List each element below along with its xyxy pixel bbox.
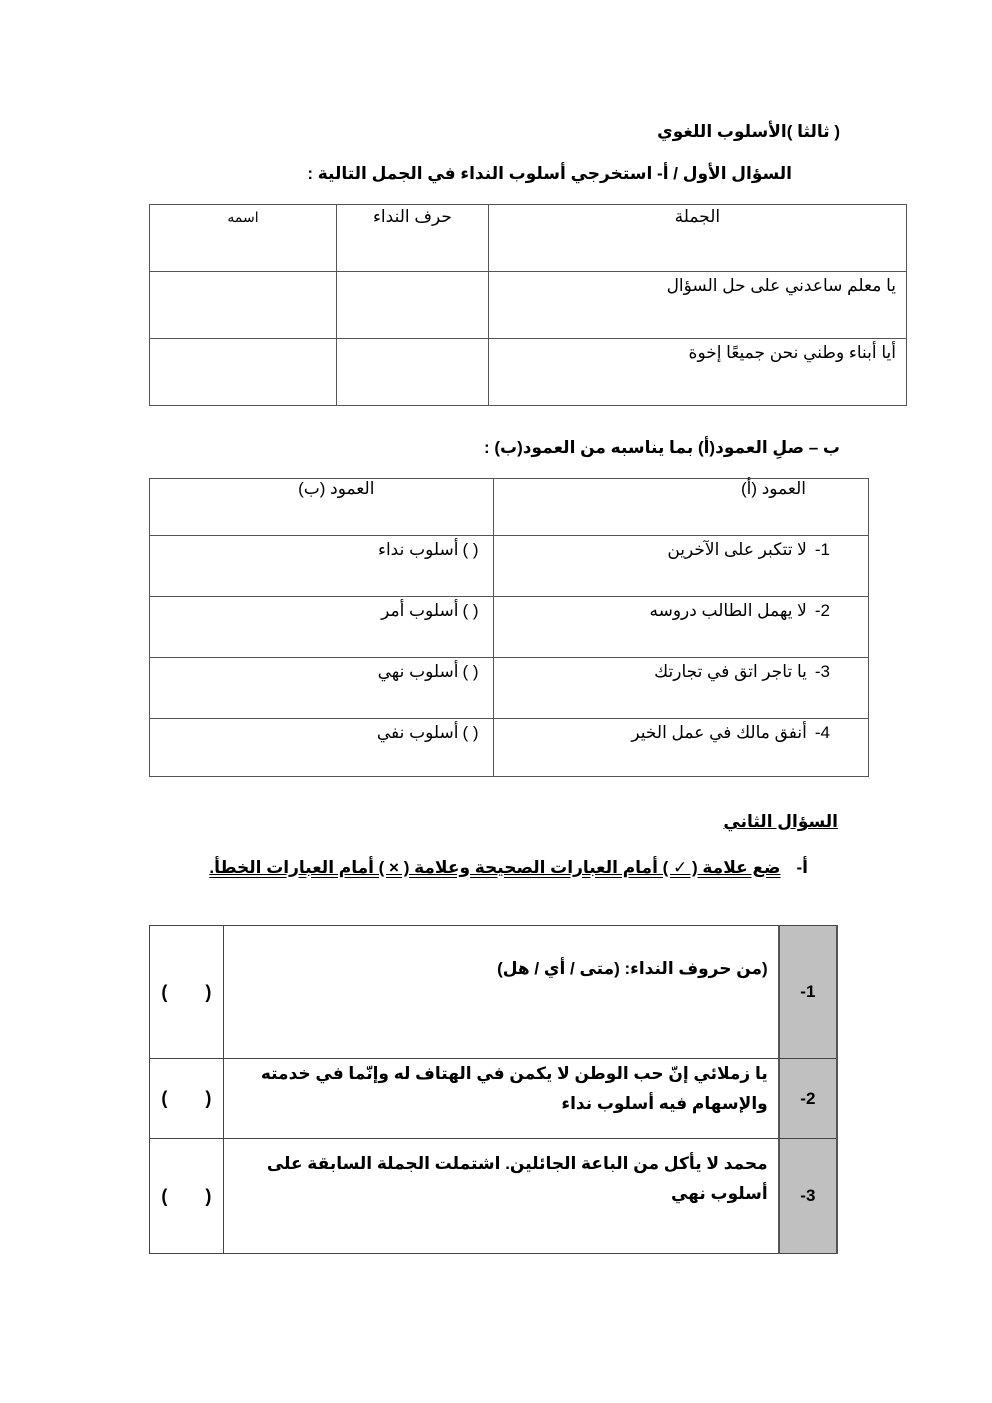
table-row: 3-يا تاجر اتق في تجارتك ( )أسلوب نهي (150, 658, 869, 719)
item-number: 4- (815, 723, 830, 742)
close-paren: ) (161, 1088, 167, 1108)
close-paren: ) (161, 982, 167, 1002)
question2-title: السؤال الثاني (723, 812, 838, 832)
sentence-cell: أيا أبناء وطني نحن جميعًا إخوة (488, 339, 906, 406)
header-column-b: العمود (ب) (150, 479, 494, 536)
true-false-table: 1- (من حروف النداء: (متى / أي / هل) () 2… (149, 925, 838, 1254)
item-number: 3- (815, 662, 830, 681)
matching-question-title: ب – صلِ العمود(أ) بما يناسبه من العمود(ب… (484, 438, 840, 458)
row-number: 3- (779, 1139, 837, 1254)
table-row: 1-لا تتكبر على الآخرين ( )أسلوب نداء (150, 536, 869, 597)
column-a-item: 3-يا تاجر اتق في تجارتك (493, 658, 869, 719)
table-header-row: الجملة حرف النداء اسمه (150, 205, 907, 272)
instruction-text: ضع علامة ( ✓ ) أمام العبارات الصحيحة وعل… (209, 858, 780, 877)
item-number: 1- (815, 540, 830, 559)
matching-table: العمود (أ) العمود (ب) 1-لا تتكبر على الآ… (149, 478, 869, 777)
item-number: 2- (815, 601, 830, 620)
item-text: أسلوب أمر (381, 601, 458, 620)
item-text: لا تتكبر على الآخرين (667, 540, 807, 559)
statement-text: محمد لا يأكل من الباعة الجائلين. اشتملت … (223, 1139, 778, 1254)
answer-slot[interactable]: ( ) (462, 540, 478, 560)
table-header-row: العمود (أ) العمود (ب) (150, 479, 869, 536)
header-name: اسمه (150, 205, 337, 272)
item-text: أنفق مالك في عمل الخير (631, 723, 806, 742)
column-a-item: 2-لا يهمل الطالب دروسه (493, 597, 869, 658)
question2-instruction: أ-ضع علامة ( ✓ ) أمام العبارات الصحيحة و… (209, 858, 808, 878)
table-row: 3- محمد لا يأكل من الباعة الجائلين. اشتم… (150, 1139, 838, 1254)
table-row: 1- (من حروف النداء: (متى / أي / هل) () (150, 926, 838, 1059)
column-b-item: ( )أسلوب أمر (150, 597, 494, 658)
item-text: أسلوب نداء (378, 540, 458, 559)
item-text: يا تاجر اتق في تجارتك (654, 662, 807, 681)
question1-title: السؤال الأول / أ- استخرجي أسلوب النداء ف… (307, 164, 792, 184)
vocative-extraction-table: الجملة حرف النداء اسمه يا معلم ساعدني عل… (149, 204, 907, 406)
sentence-cell: يا معلم ساعدني على حل السؤال (488, 272, 906, 339)
table-row: يا معلم ساعدني على حل السؤال (150, 272, 907, 339)
instruction-label: أ- (797, 858, 809, 877)
answer-slot[interactable]: ( ) (462, 601, 478, 621)
statement-text: يا زملائي إنّ حب الوطن لا يكمن في الهتاف… (223, 1059, 778, 1139)
close-paren: ) (161, 1186, 167, 1206)
table-row: 4-أنفق مالك في عمل الخير ( )أسلوب نفي (150, 719, 869, 777)
header-sentence: الجملة (488, 205, 906, 272)
header-vocative-letter: حرف النداء (337, 205, 489, 272)
open-paren: ( (205, 982, 211, 1002)
name-answer-cell[interactable] (150, 272, 337, 339)
header-column-a: العمود (أ) (493, 479, 869, 536)
section-title: ( ثالثا )الأسلوب اللغوي (657, 122, 840, 142)
open-paren: ( (205, 1186, 211, 1206)
open-paren: ( (205, 1088, 211, 1108)
column-b-item: ( )أسلوب نهي (150, 658, 494, 719)
statement-text: (من حروف النداء: (متى / أي / هل) (223, 926, 778, 1059)
name-answer-cell[interactable] (150, 339, 337, 406)
column-b-item: ( )أسلوب نداء (150, 536, 494, 597)
column-a-item: 4-أنفق مالك في عمل الخير (493, 719, 869, 777)
answer-slot[interactable]: () (150, 1059, 224, 1139)
column-a-item: 1-لا تتكبر على الآخرين (493, 536, 869, 597)
vocative-letter-answer-cell[interactable] (337, 272, 489, 339)
answer-slot[interactable]: ( ) (462, 723, 478, 743)
row-number: 1- (779, 926, 837, 1059)
item-text: أسلوب نفي (377, 723, 459, 742)
item-text: لا يهمل الطالب دروسه (649, 601, 806, 620)
answer-slot[interactable]: () (150, 926, 224, 1059)
item-text: أسلوب نهي (378, 662, 459, 681)
table-row: أيا أبناء وطني نحن جميعًا إخوة (150, 339, 907, 406)
row-number: 2- (779, 1059, 837, 1139)
column-b-item: ( )أسلوب نفي (150, 719, 494, 777)
vocative-letter-answer-cell[interactable] (337, 339, 489, 406)
answer-slot[interactable]: () (150, 1139, 224, 1254)
answer-slot[interactable]: ( ) (462, 662, 478, 682)
table-row: 2-لا يهمل الطالب دروسه ( )أسلوب أمر (150, 597, 869, 658)
table-row: 2- يا زملائي إنّ حب الوطن لا يكمن في اله… (150, 1059, 838, 1139)
